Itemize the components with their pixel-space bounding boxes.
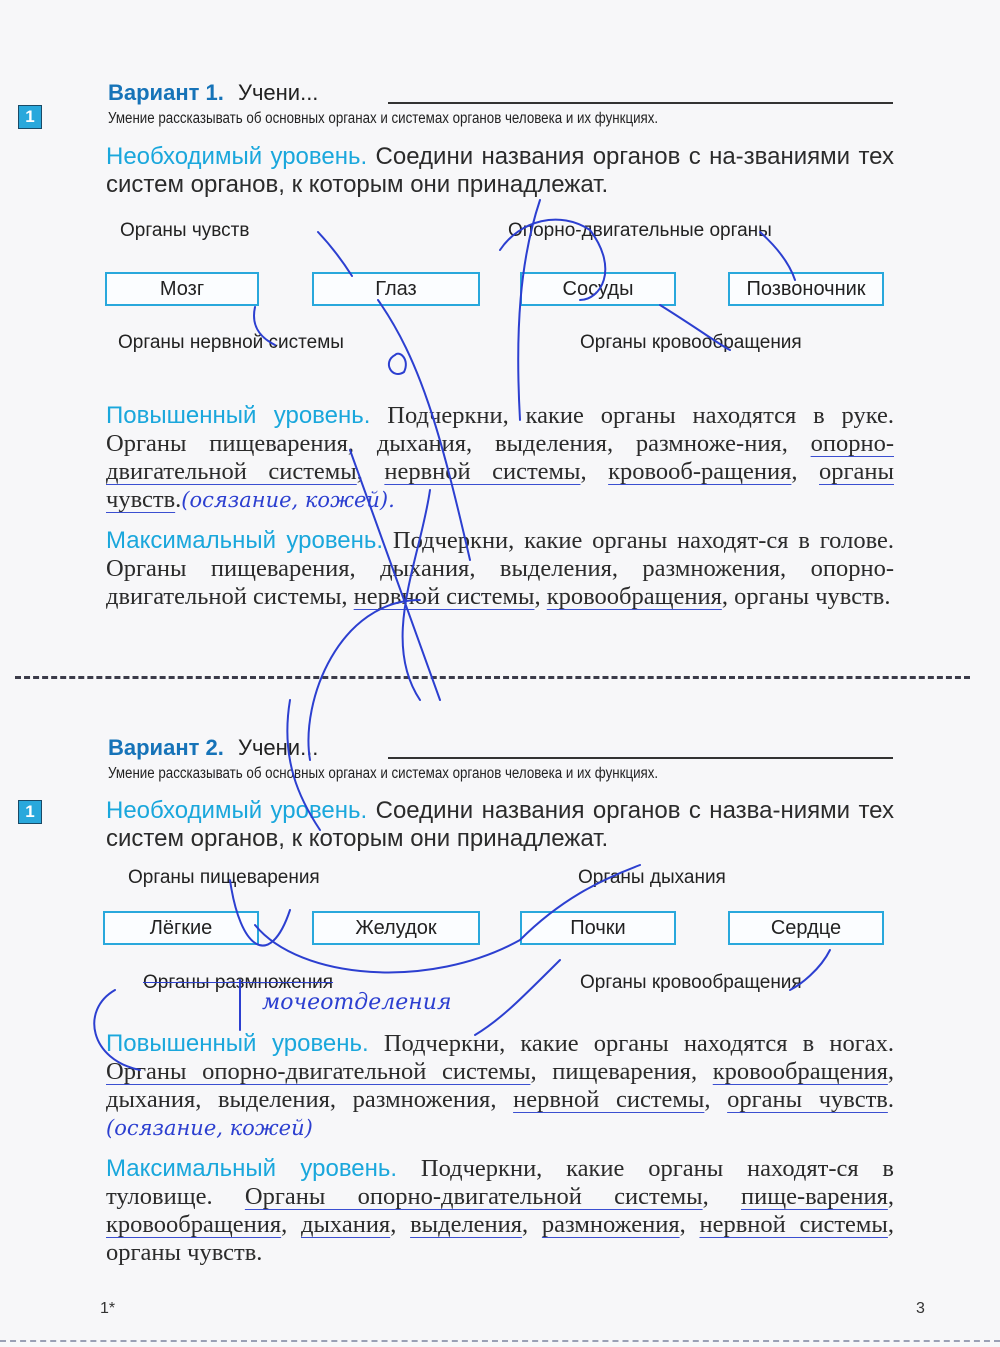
v2-organ-box[interactable]: Почки <box>520 911 676 945</box>
v2-required-task: Необходимый уровень. Соедини названия ор… <box>106 797 894 853</box>
underlined-answer: кровообращения <box>106 1211 281 1238</box>
level-label: Повышенный уровень. <box>106 402 370 429</box>
separator: , <box>281 1211 301 1238</box>
v1-system-bottom-1: Органы нервной системы <box>118 332 344 354</box>
level-label: Необходимый уровень. <box>106 797 367 824</box>
v1-system-top-1: Органы чувств <box>120 220 249 242</box>
separator: , <box>704 1086 727 1113</box>
underlined-answer: кровооб-ращения <box>608 458 791 485</box>
v1-advanced-task: Повышенный уровень. Подчеркни, какие орг… <box>106 402 894 514</box>
v2-advanced-task: Повышенный уровень. Подчеркни, какие орг… <box>106 1030 894 1142</box>
page-signature: 1* <box>100 1300 115 1318</box>
variant-1-header: Вариант 1. Учени... <box>108 80 318 106</box>
separator: , <box>522 1211 542 1238</box>
v2-system-top-2: Органы дыхания <box>578 867 726 889</box>
underlined-answer: кровообращения <box>713 1058 888 1085</box>
page-number: 3 <box>916 1300 925 1318</box>
underlined-answer: нервной системы <box>354 583 535 610</box>
task-number-badge: 1 <box>18 800 42 824</box>
underlined-answer: выделения <box>410 1211 522 1238</box>
task-text: Подчеркни, какие органы находятся в нога… <box>384 1030 894 1057</box>
page-edge-dash <box>0 1340 1000 1342</box>
underlined-answer: Органы опорно-двигательной системы <box>106 1058 530 1085</box>
separator: , <box>791 458 819 485</box>
student-name-line[interactable] <box>388 757 893 759</box>
separator: , <box>534 583 546 610</box>
handwritten-correction: мочеотделения <box>262 990 452 1015</box>
handwritten-note: (осязание, кожей). <box>181 488 395 512</box>
v2-organ-box[interactable]: Желудок <box>312 911 480 945</box>
cut-line-divider <box>15 676 970 679</box>
variant-2-student: Учени... <box>238 735 318 760</box>
underlined-answer: Органы опорно-двигательной системы <box>245 1183 703 1210</box>
separator: , <box>680 1211 700 1238</box>
task-text: , пищеварения, <box>530 1058 712 1085</box>
variant-2-title: Вариант 2. <box>108 735 224 760</box>
separator: , <box>703 1183 741 1210</box>
level-label: Максимальный уровень. <box>106 1155 397 1182</box>
v1-maximum-task: Максимальный уровень. Подчеркни, какие о… <box>106 527 894 611</box>
separator: , <box>888 1183 894 1210</box>
underlined-answer: пище-варения <box>741 1183 888 1210</box>
separator: , <box>390 1211 410 1238</box>
variant-1-student: Учени... <box>238 80 318 105</box>
v2-organ-box[interactable]: Сердце <box>728 911 884 945</box>
student-name-line[interactable] <box>388 102 893 104</box>
underlined-answer: нервной системы <box>699 1211 887 1238</box>
v1-organ-box[interactable]: Глаз <box>312 272 480 306</box>
underlined-answer: органы чувств <box>727 1086 888 1113</box>
pen-connection-lines <box>0 0 1000 1347</box>
v1-organ-box[interactable]: Сосуды <box>520 272 676 306</box>
underlined-answer: нервной системы <box>384 458 580 485</box>
separator: . <box>888 1086 894 1113</box>
v2-system-bottom-2: Органы кровообращения <box>580 972 802 994</box>
underlined-answer: нервной системы <box>513 1086 704 1113</box>
skill-description: Умение рассказывать об основных органах … <box>108 765 658 783</box>
v1-organ-box[interactable]: Позвоночник <box>728 272 884 306</box>
variant-1-title: Вариант 1. <box>108 80 224 105</box>
task-text: , органы чувств. <box>722 583 891 610</box>
v1-system-top-2: Опорно-двигательные органы <box>508 220 772 242</box>
v2-organ-box[interactable]: Лёгкие <box>103 911 259 945</box>
level-label: Максимальный уровень. <box>106 527 383 554</box>
underlined-answer: кровообращения <box>547 583 722 610</box>
level-label: Необходимый уровень. <box>106 143 367 170</box>
level-label: Повышенный уровень. <box>106 1030 369 1057</box>
v2-system-top-1: Органы пищеварения <box>128 867 320 889</box>
v1-system-bottom-2: Органы кровообращения <box>580 332 802 354</box>
underlined-answer: дыхания <box>301 1211 390 1238</box>
handwritten-note: (осязание, кожей) <box>106 1116 313 1140</box>
variant-2-header: Вариант 2. Учени... <box>108 735 318 761</box>
v1-organ-box[interactable]: Мозг <box>105 272 259 306</box>
underlined-answer: размножения <box>542 1211 680 1238</box>
separator: , <box>581 458 609 485</box>
v2-maximum-task: Максимальный уровень. Подчеркни, какие о… <box>106 1155 894 1267</box>
task-number-badge: 1 <box>18 105 42 129</box>
separator: , <box>357 458 385 485</box>
v1-required-task: Необходимый уровень. Соедини названия ор… <box>106 143 894 199</box>
skill-description: Умение рассказывать об основных органах … <box>108 110 658 128</box>
